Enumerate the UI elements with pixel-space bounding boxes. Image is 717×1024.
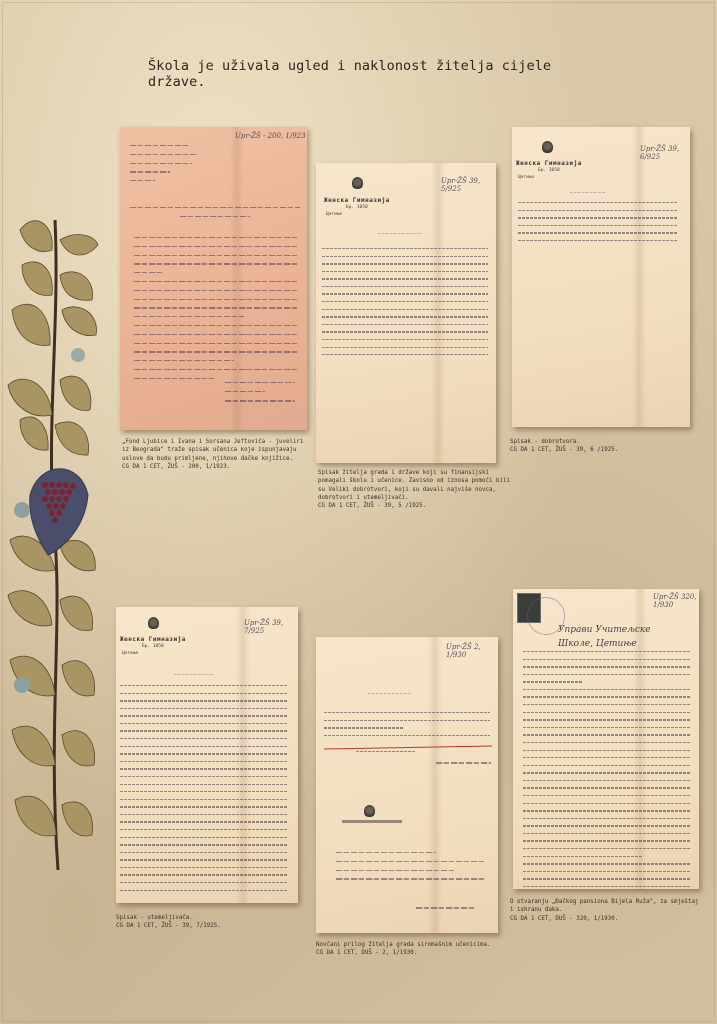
- coat-of-arms-icon: [542, 141, 553, 153]
- signature: [416, 907, 476, 917]
- archive-reference: Upr-ŽŠ - 200, 1/923: [235, 132, 306, 140]
- document-caption: Spisak žitelja grada i države koji su fi…: [318, 469, 510, 510]
- archive-source: CG DA 1 CET, DUŠ - 2, 1/1930.: [316, 949, 508, 957]
- typed-text: [523, 651, 691, 889]
- caption-text: Spisak žitelja grada i države koji su fi…: [318, 470, 510, 501]
- document-image: Женска Гимназија Бр. 1050 Цетиње Upr-ŽŠ …: [512, 127, 690, 427]
- letter-heading: Управи Учитељске Школе, Цетиње: [558, 623, 678, 651]
- archive-reference: Upr-ŽŠ 2, 1/930: [446, 643, 498, 659]
- caption-text: Spisak - dobrotvora.: [510, 439, 580, 445]
- typed-list: [120, 685, 288, 897]
- archive-source: CG DA 1 CET, ŽUŠ - 39, 5 /1925.: [318, 502, 510, 510]
- document-image: Женска Гимназија Бр. 1050 Цетиње Upr-ŽŠ …: [116, 607, 298, 903]
- typed-text: [324, 712, 490, 742]
- coat-of-arms-icon: [352, 177, 363, 189]
- handwritten-text: [130, 145, 200, 189]
- coat-of-arms-icon: [364, 805, 375, 817]
- archive-reference: Upr-ŽŠ 39, 5/925: [441, 177, 496, 193]
- letterhead: Женска Гимназија: [120, 636, 186, 643]
- letterhead: Женска Гимназија: [516, 160, 582, 167]
- typed-list: [322, 248, 488, 362]
- decorative-vine-illustration: [0, 210, 110, 880]
- archive-source: CG DA 1 CET, ŽUŠ - 200, 1/1923.: [122, 463, 312, 471]
- page-title: Škola je uživala ugled i naklonost žitel…: [148, 58, 598, 90]
- archive-source: CG DA 1 CET, ŽUŠ - 39, 6 /1925.: [510, 446, 702, 454]
- coat-of-arms-icon: [148, 617, 159, 629]
- archive-source: CG DA 1 CET, DUŠ - 320, 1/1930.: [510, 915, 702, 923]
- document-caption: Spisak - utemeljivača. CG DA 1 CET, ŽUŠ …: [116, 914, 308, 931]
- red-underline: [324, 746, 492, 750]
- document-image: Женска Гимназија Бр. 1050 Цетиње Upr-ŽŠ …: [316, 163, 496, 463]
- archive-reference: Upr-ŽŠ 320, 1/930: [653, 593, 699, 609]
- letterhead: Женска Гимназија: [324, 197, 390, 204]
- signature: [436, 762, 491, 772]
- caption-text: Spisak - utemeljivača.: [116, 915, 193, 921]
- caption-text: O otvaranju „Đačkog pansiona Bijela Ruža…: [510, 899, 698, 913]
- document-caption: Novčani prilog žitelja grada siromašnim …: [316, 941, 508, 958]
- caption-text: „Fond Ljubice i Ivana i Sorsana Jeftović…: [122, 439, 303, 462]
- document-caption: „Fond Ljubice i Ivana i Sorsana Jeftović…: [122, 438, 312, 471]
- document-image: Upr-ŽŠ 320, 1/930 Управи Учитељске Школе…: [513, 589, 699, 889]
- archive-reference: Upr-ŽŠ 39, 7/925: [244, 619, 298, 635]
- document-caption: Spisak - dobrotvora. CG DA 1 CET, ŽUŠ - …: [510, 438, 702, 455]
- document-image: Upr-ŽŠ 2, 1/930 ———————————: [316, 637, 498, 933]
- archive-reference: Upr-ŽŠ 39, 6/925: [640, 145, 690, 161]
- handwritten-text: [336, 852, 486, 887]
- document-image: Upr-ŽŠ - 200, 1/923: [120, 127, 307, 430]
- typed-list: [518, 202, 678, 247]
- document-caption: O otvaranju „Đačkog pansiona Bijela Ruža…: [510, 898, 702, 923]
- caption-text: Novčani prilog žitelja grada siromašnim …: [316, 942, 491, 948]
- archive-source: CG DA 1 CET, ŽUŠ - 39, 7/1925.: [116, 922, 308, 930]
